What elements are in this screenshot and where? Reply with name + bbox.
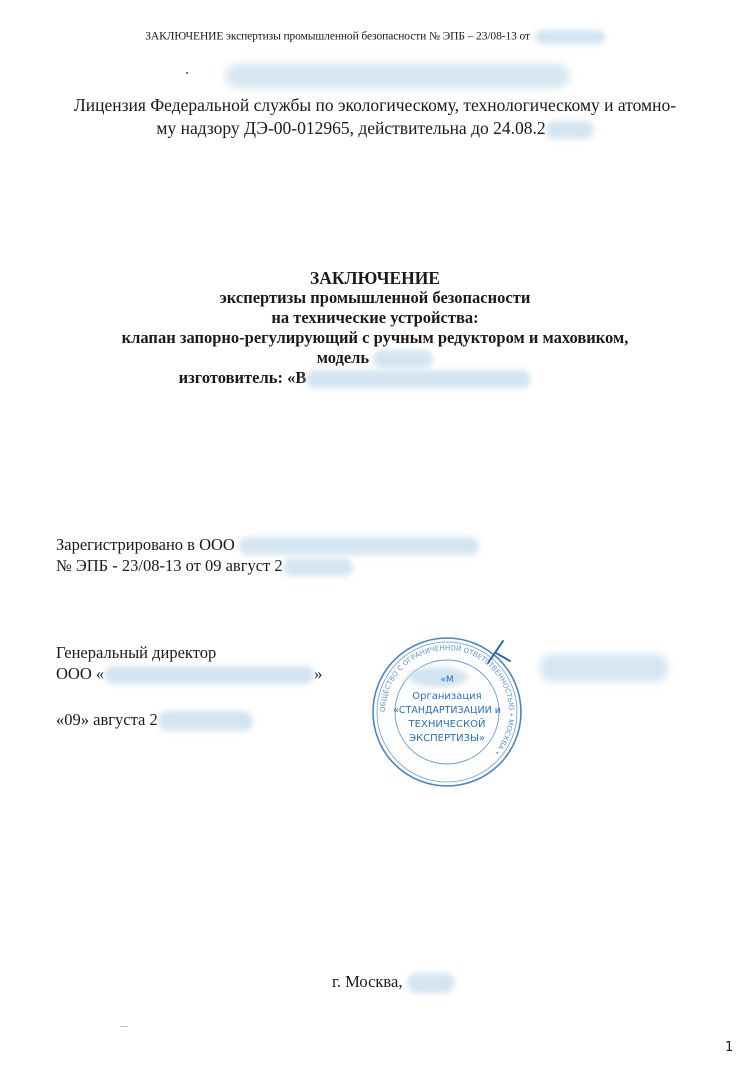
svg-text:«М: «М bbox=[440, 675, 453, 685]
redacted-year bbox=[546, 121, 594, 139]
manufacturer-line: изготовитель: «В bbox=[0, 368, 750, 388]
license-line-1: Лицензия Федеральной службы по экологиче… bbox=[0, 94, 750, 117]
footer-city: г. Москва, bbox=[332, 972, 455, 993]
license-paragraph: Лицензия Федеральной службы по экологиче… bbox=[0, 94, 750, 140]
model-line: модель bbox=[0, 348, 750, 368]
title-line-4: клапан запорно-регулирующий с ручным ред… bbox=[0, 328, 750, 348]
running-header-text: ЗАКЛЮЧЕНИЕ экспертизы промышленной безоп… bbox=[145, 31, 530, 43]
scan-mark bbox=[120, 1026, 128, 1027]
redacted-registrar bbox=[239, 537, 479, 555]
redacted-model bbox=[373, 350, 433, 368]
svg-text:Организация: Организация bbox=[412, 691, 481, 702]
redacted-organization-line bbox=[225, 64, 570, 88]
director-title: Генеральный директор bbox=[56, 642, 322, 663]
svg-text:ЭКСПЕРТИЗЫ»: ЭКСПЕРТИЗЫ» bbox=[409, 733, 485, 744]
registration-line-2: № ЭПБ - 23/08-13 от 09 август 2 bbox=[56, 555, 479, 576]
scan-speck bbox=[186, 72, 188, 74]
running-header: ЗАКЛЮЧЕНИЕ экспертизы промышленной безоп… bbox=[0, 30, 750, 44]
page-number: 1 bbox=[725, 1040, 733, 1055]
redacted-year bbox=[158, 711, 253, 731]
director-block: Генеральный директор ООО «» bbox=[56, 642, 322, 684]
redacted-manufacturer bbox=[306, 370, 531, 388]
official-stamp: ОБЩЕСТВО С ОГРАНИЧЕННОЙ ОТВЕТСТВЕННОСТЬЮ… bbox=[368, 633, 526, 791]
document-title: ЗАКЛЮЧЕНИЕ bbox=[0, 268, 750, 288]
redacted-date bbox=[535, 30, 605, 44]
director-company: ООО «» bbox=[56, 663, 322, 684]
svg-text:«СТАНДАРТИЗАЦИИ и: «СТАНДАРТИЗАЦИИ и bbox=[393, 705, 501, 716]
svg-text:ТЕХНИЧЕСКОЙ: ТЕХНИЧЕСКОЙ bbox=[408, 717, 486, 730]
signature-date: «09» августа 2 bbox=[56, 710, 253, 731]
redacted-year bbox=[407, 973, 455, 993]
title-block: ЗАКЛЮЧЕНИЕ экспертизы промышленной безоп… bbox=[0, 268, 750, 388]
title-line-2: экспертизы промышленной безопасности bbox=[0, 288, 750, 308]
registration-block: Зарегистрировано в ООО № ЭПБ - 23/08-13 … bbox=[56, 534, 479, 576]
license-line-2: му надзору ДЭ-00-012965, действительна д… bbox=[0, 117, 750, 140]
title-line-3: на технические устройства: bbox=[0, 308, 750, 328]
redacted-company bbox=[104, 666, 314, 684]
redacted-signature-name bbox=[540, 654, 668, 682]
registration-line-1: Зарегистрировано в ООО bbox=[56, 534, 479, 555]
redacted-year bbox=[283, 558, 353, 576]
document-page: ЗАКЛЮЧЕНИЕ экспертизы промышленной безоп… bbox=[0, 0, 750, 1071]
